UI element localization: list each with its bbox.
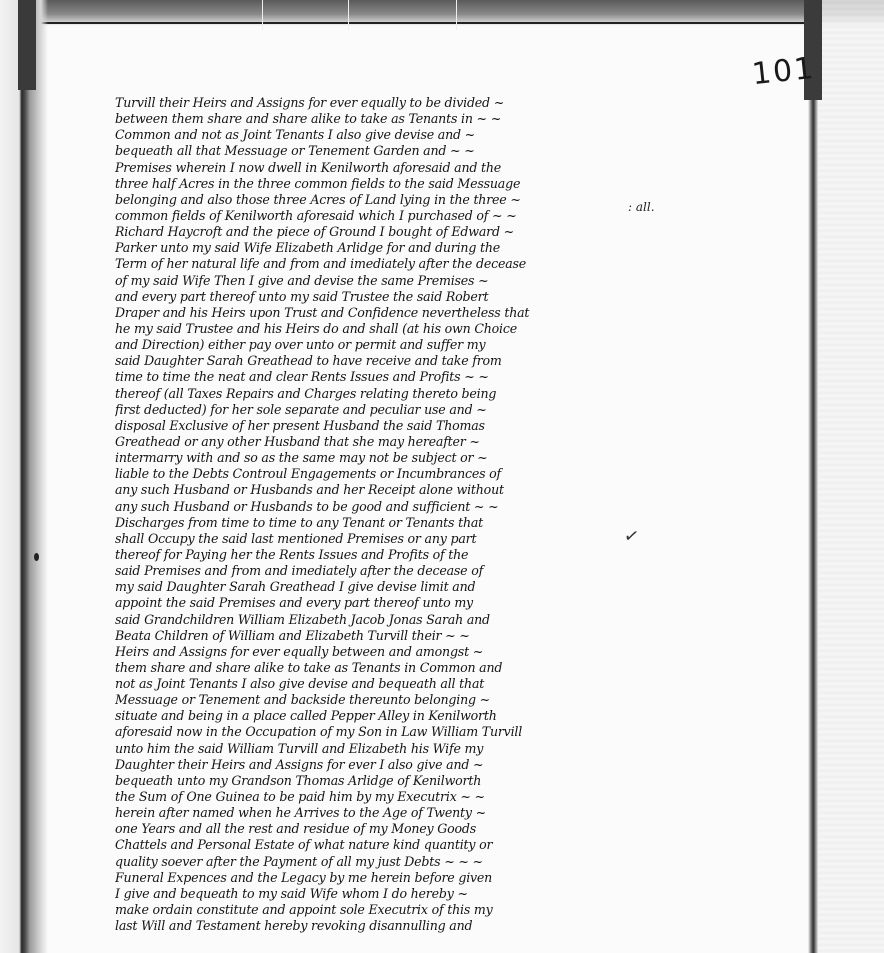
text-line: Discharges from time to time to any Tena… xyxy=(115,515,655,531)
margin-note: : all. xyxy=(628,200,655,214)
text-line: I give and bequeath to my said Wife whom… xyxy=(115,886,655,902)
text-line: appoint the said Premises and every part… xyxy=(115,595,655,611)
page-top-edge xyxy=(22,22,822,24)
text-line: Daughter their Heirs and Assigns for eve… xyxy=(115,757,655,773)
left-binding-dark-corner xyxy=(18,0,36,90)
text-line: first deducted) for her sole separate an… xyxy=(115,402,655,418)
text-line: one Years and all the rest and residue o… xyxy=(115,821,655,837)
text-line: them share and share alike to take as Te… xyxy=(115,660,655,676)
text-line: common fields of Kenilworth aforesaid wh… xyxy=(115,208,655,224)
text-line: Draper and his Heirs upon Trust and Conf… xyxy=(115,305,655,321)
text-line: said Grandchildren William Elizabeth Jac… xyxy=(115,612,655,628)
left-binding-shadow xyxy=(0,0,48,953)
text-line: thereof (all Taxes Repairs and Charges r… xyxy=(115,386,655,402)
text-line: Heirs and Assigns for ever equally betwe… xyxy=(115,644,655,660)
scan-artifact-line xyxy=(348,0,349,30)
text-line: disposal Exclusive of her present Husban… xyxy=(115,418,655,434)
text-line: Messuage or Tenement and backside thereu… xyxy=(115,692,655,708)
text-line: any such Husband or Husbands and her Rec… xyxy=(115,482,655,498)
text-line: unto him the said William Turvill and El… xyxy=(115,741,655,757)
text-line: Turvill their Heirs and Assigns for ever… xyxy=(115,95,655,111)
text-line: Premises wherein I now dwell in Kenilwor… xyxy=(115,160,655,176)
text-line: last Will and Testament hereby revoking … xyxy=(115,918,655,934)
text-line: Funeral Expences and the Legacy by me he… xyxy=(115,870,655,886)
text-line: bequeath all that Messuage or Tenement G… xyxy=(115,143,655,159)
text-line: aforesaid now in the Occupation of my So… xyxy=(115,724,655,740)
text-line: Chattels and Personal Estate of what nat… xyxy=(115,837,655,853)
text-line: between them share and share alike to ta… xyxy=(115,111,655,127)
text-line: not as Joint Tenants I also give devise … xyxy=(115,676,655,692)
text-line: liable to the Debts Controul Engagements… xyxy=(115,466,655,482)
scan-artifact-line xyxy=(456,0,457,30)
text-line: Term of her natural life and from and im… xyxy=(115,256,655,272)
text-line: he my said Trustee and his Heirs do and … xyxy=(115,321,655,337)
scan-artifact-line xyxy=(262,0,263,30)
manuscript-text: Turvill their Heirs and Assigns for ever… xyxy=(115,95,655,934)
text-line: Richard Haycroft and the piece of Ground… xyxy=(115,224,655,240)
scanned-page: 101 Turvill their Heirs and Assigns for … xyxy=(0,0,884,953)
text-line: bequeath unto my Grandson Thomas Arlidge… xyxy=(115,773,655,789)
text-line: the Sum of One Guinea to be paid him by … xyxy=(115,789,655,805)
text-line: my said Daughter Sarah Greathead I give … xyxy=(115,579,655,595)
text-line: belonging and also those three Acres of … xyxy=(115,192,655,208)
text-line: Common and not as Joint Tenants I also g… xyxy=(115,127,655,143)
text-line: any such Husband or Husbands to be good … xyxy=(115,499,655,515)
text-line: thereof for Paying her the Rents Issues … xyxy=(115,547,655,563)
text-line: and every part thereof unto my said Trus… xyxy=(115,289,655,305)
text-line: and Direction) either pay over unto or p… xyxy=(115,337,655,353)
ink-blot xyxy=(34,553,39,561)
text-line: Greathead or any other Husband that she … xyxy=(115,434,655,450)
text-line: shall Occupy the said last mentioned Pre… xyxy=(115,531,655,547)
right-page-edge xyxy=(808,0,818,953)
text-line: three half Acres in the three common fie… xyxy=(115,176,655,192)
right-margin-noise xyxy=(818,0,884,953)
text-line: herein after named when he Arrives to th… xyxy=(115,805,655,821)
text-line: said Premises and from and imediately af… xyxy=(115,563,655,579)
text-line: quality soever after the Payment of all … xyxy=(115,854,655,870)
text-line: time to time the neat and clear Rents Is… xyxy=(115,369,655,385)
text-line: make ordain constitute and appoint sole … xyxy=(115,902,655,918)
text-line: intermarry with and so as the same may n… xyxy=(115,450,655,466)
text-line: Parker unto my said Wife Elizabeth Arlid… xyxy=(115,240,655,256)
text-line: situate and being in a place called Pepp… xyxy=(115,708,655,724)
text-line: said Daughter Sarah Greathead to have re… xyxy=(115,353,655,369)
text-line: of my said Wife Then I give and devise t… xyxy=(115,273,655,289)
page-number: 101 xyxy=(750,51,817,92)
text-line: Beata Children of William and Elizabeth … xyxy=(115,628,655,644)
